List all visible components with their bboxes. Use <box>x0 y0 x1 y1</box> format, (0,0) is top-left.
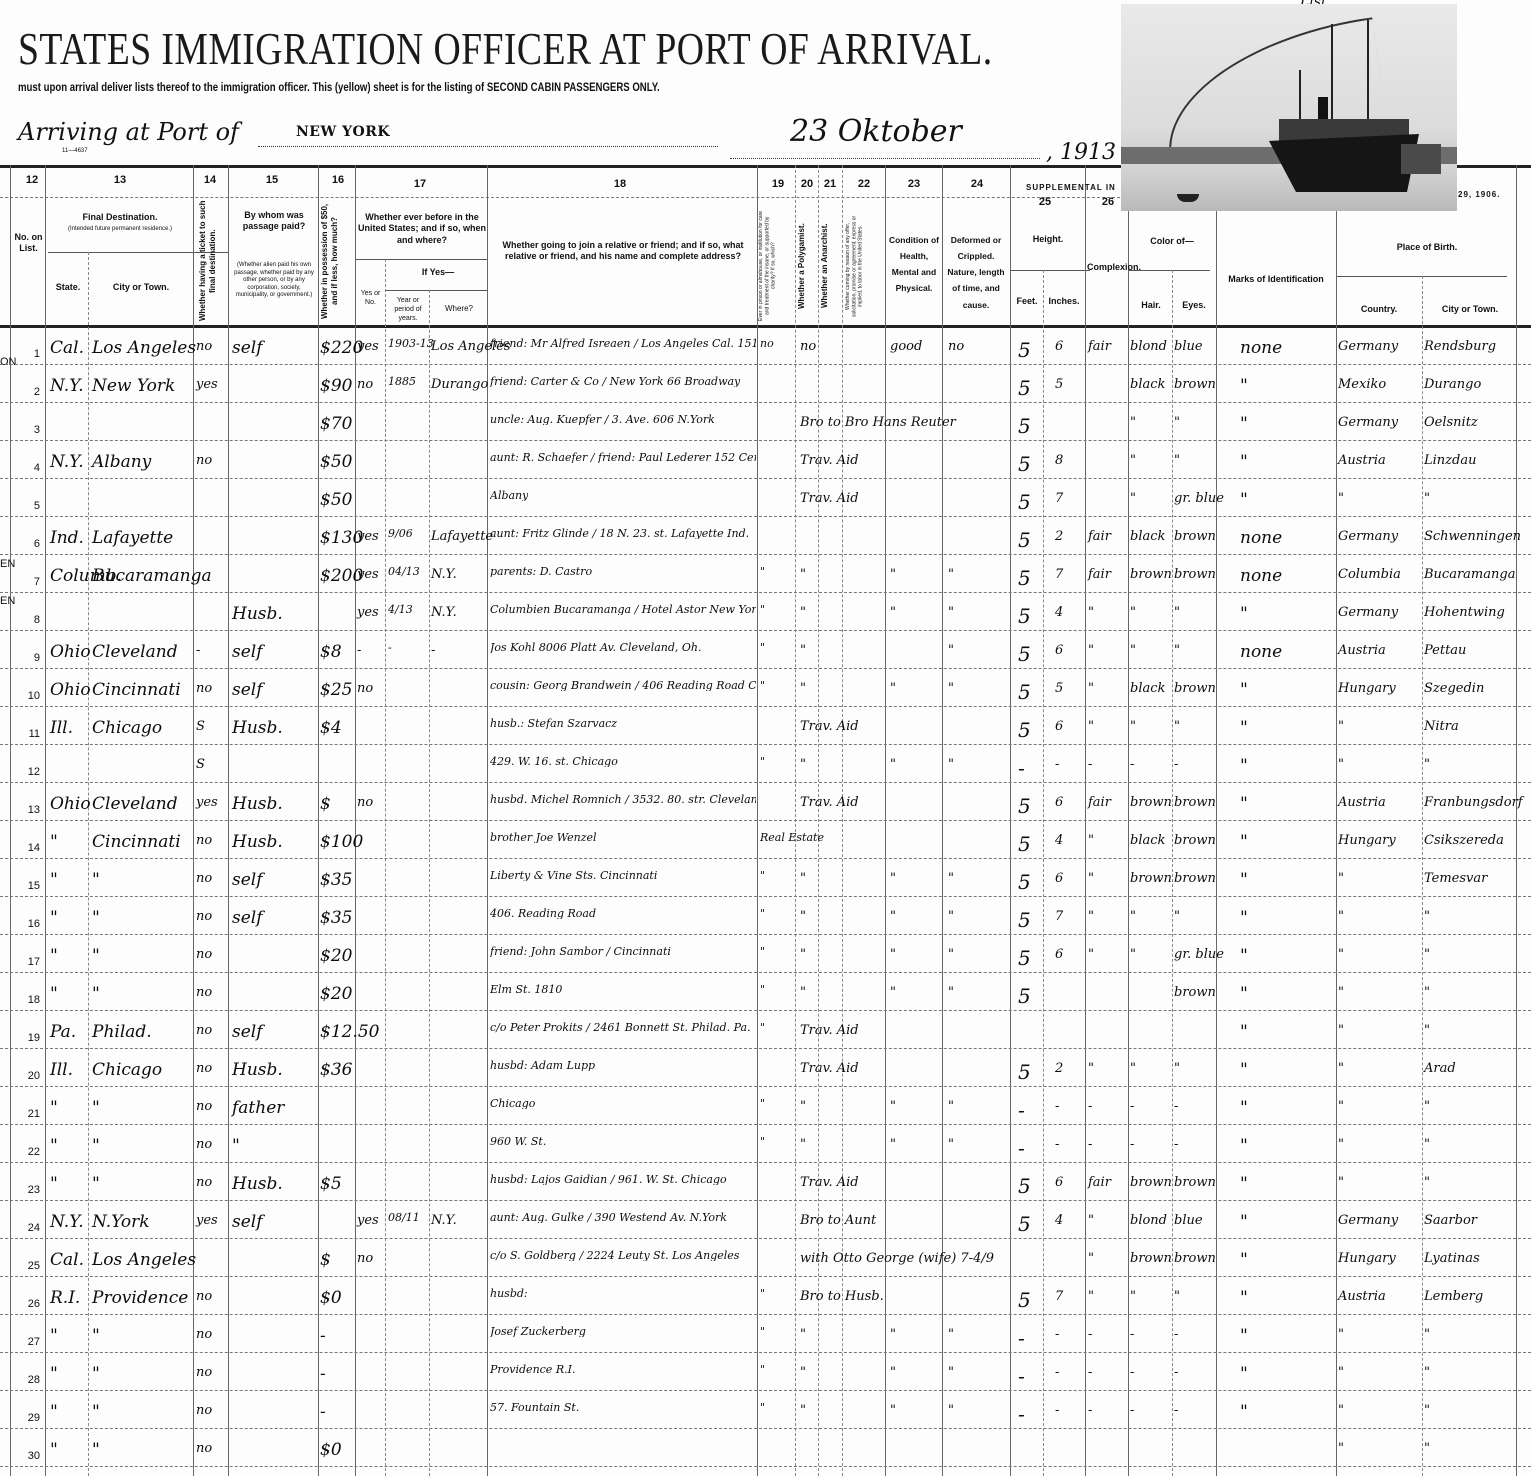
eyes-cell: " <box>1174 416 1180 429</box>
row-number: 5 <box>20 500 40 512</box>
money-cell: - <box>320 1366 326 1383</box>
hair-cell: " <box>1130 720 1136 733</box>
inches-header: Inches. <box>1044 296 1084 307</box>
birth-city-cell: " <box>1424 758 1430 771</box>
ticket-cell: no <box>196 454 212 467</box>
hair-cell: brown <box>1130 796 1172 809</box>
marks-cell: " <box>1240 758 1248 775</box>
money-cell: $50 <box>320 492 352 509</box>
eyes-cell: brown <box>1174 872 1216 885</box>
country-cell: Hungary <box>1338 834 1396 847</box>
birth-city-cell: Hohentwing <box>1424 606 1505 619</box>
where-cell: - <box>431 644 435 657</box>
colnum-22: 22 <box>852 178 876 190</box>
row-number: 12 <box>20 766 40 778</box>
row-number: 19 <box>20 1032 40 1044</box>
state-cell: " <box>50 1404 58 1421</box>
marks-cell: " <box>1240 1214 1248 1231</box>
colnum-26: 26 <box>1096 196 1120 208</box>
paid-by-cell: Husb. <box>232 606 283 623</box>
eyes-cell: " <box>1174 720 1180 733</box>
birth-city-cell: " <box>1424 986 1430 999</box>
ever-before-cell: no <box>357 378 373 391</box>
page-subtitle: must upon arrival deliver lists thereof … <box>18 80 660 94</box>
inches-cell: 2 <box>1055 1062 1063 1075</box>
city-cell: Cleveland <box>92 796 178 813</box>
feet-cell: 5 <box>1018 1062 1031 1082</box>
polygamist-cell: " <box>800 872 806 885</box>
prison-cell: " <box>760 908 765 919</box>
row-number: 18 <box>20 994 40 1006</box>
eyes-cell: - <box>1174 1404 1178 1417</box>
polygamist-cell: with Otto George (wife) 7-4/9 <box>800 1252 994 1265</box>
complexion-header: Complexion. <box>1087 262 1127 273</box>
city-cell: N.York <box>92 1214 150 1231</box>
birth-city-cell: Pettau <box>1424 644 1466 657</box>
hair-cell: black <box>1130 530 1165 543</box>
deformed-cell: " <box>948 758 954 771</box>
birth-city-cell: Oelsnitz <box>1424 416 1478 429</box>
row-rule <box>0 516 1531 517</box>
polygamist-cell: " <box>800 682 806 695</box>
colnum-12: 12 <box>22 174 42 186</box>
deformed-cell: " <box>948 1100 954 1113</box>
paid-by-cell: " <box>232 1138 240 1155</box>
row-number: 15 <box>20 880 40 892</box>
relative-cell: Chicago <box>490 1098 535 1109</box>
deformed-cell: " <box>948 606 954 619</box>
ticket-cell: no <box>196 682 212 695</box>
place-of-birth-header: Place of Birth. <box>1340 242 1514 253</box>
marks-cell: " <box>1240 1404 1248 1421</box>
hair-cell: " <box>1130 948 1136 961</box>
polygamist-cell: " <box>800 606 806 619</box>
city-cell: " <box>92 1138 100 1155</box>
row-rule <box>0 668 1531 669</box>
health-cell: " <box>890 986 896 999</box>
polygamist-cell: Bro to Husb. <box>800 1290 884 1303</box>
money-cell: $0 <box>320 1442 342 1459</box>
eyes-cell: - <box>1174 1366 1178 1379</box>
row-rule <box>0 440 1531 441</box>
complexion-cell: " <box>1088 910 1094 923</box>
ticket-cell: no <box>196 948 212 961</box>
polygamist-cell: " <box>800 1328 806 1341</box>
hair-cell: - <box>1130 1366 1134 1379</box>
photo-mast <box>1367 20 1369 124</box>
feet-cell: 5 <box>1018 530 1031 550</box>
complexion-cell: " <box>1088 872 1094 885</box>
hair-cell: blond <box>1130 340 1167 353</box>
colnum-23: 23 <box>902 178 926 190</box>
marks-cell: " <box>1240 1328 1248 1345</box>
inches-cell: 6 <box>1055 644 1063 657</box>
ever-before-header: Whether ever before in the United States… <box>358 212 486 246</box>
birth-city-cell: " <box>1424 1404 1430 1417</box>
colnum-20: 20 <box>799 178 815 190</box>
colnum-21: 21 <box>822 178 838 190</box>
ticket-cell: no <box>196 1328 212 1341</box>
row-rule <box>0 1086 1531 1087</box>
by-whom-header: By whom was passage paid? <box>234 210 314 233</box>
marks-cell: " <box>1240 492 1248 509</box>
state-cell: N.Y. <box>50 378 84 395</box>
photo-mast <box>1331 24 1333 124</box>
eyes-cell: brown <box>1174 1176 1216 1189</box>
polygamist-cell: " <box>800 948 806 961</box>
health-cell: " <box>890 758 896 771</box>
country-cell: " <box>1338 1138 1344 1151</box>
polygamist-cell: Bro to Aunt <box>800 1214 876 1227</box>
row-rule <box>0 934 1531 935</box>
city-header: City or Town. <box>90 282 192 293</box>
feet-cell: 5 <box>1018 948 1031 968</box>
city-cell: " <box>92 1442 100 1459</box>
marks-header: Marks of Identification <box>1218 274 1334 285</box>
row-number: 14 <box>20 842 40 854</box>
prison-cell: " <box>760 604 765 615</box>
condition-header: Condition of Health, Mental and Physical… <box>887 232 941 297</box>
city-cell: Los Angeles <box>92 1252 196 1269</box>
possession-header: Whether in possession of $50, and if les… <box>320 200 354 322</box>
row-rule <box>0 972 1531 973</box>
country-cell: Hungary <box>1338 1252 1396 1265</box>
deformed-cell: " <box>948 948 954 961</box>
colnum-14: 14 <box>200 174 220 186</box>
relative-cell: friend: Carter & Co / New York 66 Broadw… <box>490 376 740 387</box>
paid-by-cell: Husb. <box>232 834 283 851</box>
row-number: 23 <box>20 1184 40 1196</box>
row-number: 6 <box>20 538 40 550</box>
row-number: 20 <box>20 1070 40 1082</box>
country-cell: Austria <box>1338 454 1386 467</box>
color-of-header: Color of— <box>1130 236 1214 247</box>
eyes-cell: brown <box>1174 986 1216 999</box>
prison-cell: " <box>760 1288 765 1299</box>
row-number: 24 <box>20 1222 40 1234</box>
steamship-photo <box>1121 4 1457 211</box>
ticket-cell: yes <box>196 378 218 391</box>
row-number: 8 <box>20 614 40 626</box>
country-cell: " <box>1338 1024 1344 1037</box>
row-number: 1 <box>20 348 40 360</box>
relative-cell: Providence R.I. <box>490 1364 575 1375</box>
birth-city-cell: Lyatinas <box>1424 1252 1480 1265</box>
colnum-16: 16 <box>328 174 348 186</box>
hair-cell: " <box>1130 1290 1136 1303</box>
city-cell: Cleveland <box>92 644 178 661</box>
feet-cell: 5 <box>1018 910 1031 930</box>
inches-cell: 7 <box>1055 910 1063 923</box>
ticket-cell: no <box>196 1442 212 1455</box>
money-cell: $ <box>320 1252 331 1269</box>
inches-cell: 7 <box>1055 492 1063 505</box>
city-cell: " <box>92 1100 100 1117</box>
feet-cell: - <box>1018 1100 1025 1120</box>
relative-cell: Albany <box>490 490 528 501</box>
country-cell: " <box>1338 492 1344 505</box>
complexion-cell: " <box>1088 834 1094 847</box>
state-cell: Ind. <box>50 530 84 547</box>
paid-by-cell: self <box>232 644 263 661</box>
birth-city-cell: Szegedin <box>1424 682 1484 695</box>
relative-cell: aunt: R. Schaefer / friend: Paul Lederer… <box>490 452 756 463</box>
relative-cell: 406. Reading Road <box>490 908 596 919</box>
relative-cell: aunt: Fritz Glinde / 18 N. 23. st. Lafay… <box>490 528 749 539</box>
eyes-header: Eyes. <box>1173 300 1215 311</box>
relative-cell: c/o S. Goldberg / 2224 Leuty St. Los Ang… <box>490 1250 739 1261</box>
polygamist-cell: " <box>800 1366 806 1379</box>
polygamist-cell: Trav. Aid <box>800 1062 859 1075</box>
row-rule <box>0 706 1531 707</box>
ticket-cell: no <box>196 1138 212 1151</box>
prison-cell: no <box>760 338 774 349</box>
eyes-cell: gr. blue <box>1174 948 1224 961</box>
country-header: Country. <box>1338 304 1420 315</box>
hair-cell: - <box>1130 1138 1134 1151</box>
health-cell: " <box>890 948 896 961</box>
health-cell: " <box>890 910 896 923</box>
row-number: 29 <box>20 1412 40 1424</box>
where-header: Where? <box>432 304 486 314</box>
birth-city-cell: Bucaramanga <box>1424 568 1515 581</box>
birth-city-cell: Lemberg <box>1424 1290 1483 1303</box>
ever-before-cell: yes <box>357 606 379 619</box>
marks-cell: none <box>1240 568 1282 585</box>
birth-city-cell: " <box>1424 1024 1430 1037</box>
state-cell: Pa. <box>50 1024 76 1041</box>
hair-cell: " <box>1130 910 1136 923</box>
city-cell: New York <box>92 378 175 395</box>
margin-note: EN <box>0 595 15 607</box>
year-cell: 4/13 <box>388 604 413 615</box>
row-number: 25 <box>20 1260 40 1272</box>
relative-cell: friend: John Sambor / Cincinnati <box>490 946 671 957</box>
hair-cell: " <box>1130 492 1136 505</box>
ever-before-cell: no <box>357 796 373 809</box>
ticket-cell: no <box>196 1404 212 1417</box>
ticket-header: Whether having a ticket to such final de… <box>198 200 226 322</box>
money-cell: $ <box>320 796 331 813</box>
country-cell: " <box>1338 910 1344 923</box>
prison-cell: " <box>760 946 765 957</box>
inches-cell: - <box>1055 1404 1059 1417</box>
year-cell: 08/11 <box>388 1212 420 1223</box>
paid-by-cell: father <box>232 1100 284 1117</box>
paid-by-cell: self <box>232 682 263 699</box>
prison-cell: " <box>760 1098 765 1109</box>
prison-cell: " <box>760 984 765 995</box>
money-cell: $20 <box>320 986 352 1003</box>
deformed-cell: " <box>948 986 954 999</box>
complexion-cell: " <box>1088 1252 1094 1265</box>
feet-cell: 5 <box>1018 986 1031 1006</box>
marks-cell: none <box>1240 530 1282 547</box>
marks-cell: " <box>1240 872 1248 889</box>
row-number: 21 <box>20 1108 40 1120</box>
hair-cell: " <box>1130 416 1136 429</box>
form-number: 11—4637 <box>62 148 88 154</box>
city-cell: Cincinnati <box>92 682 181 699</box>
date-dotted-line <box>730 158 1040 159</box>
country-cell: Mexiko <box>1338 378 1386 391</box>
ever-before-cell: yes <box>357 530 379 543</box>
paid-by-cell: Husb. <box>232 1176 283 1193</box>
complexion-cell: fair <box>1088 568 1111 581</box>
eyes-cell: - <box>1174 1328 1178 1341</box>
row-number: 27 <box>20 1336 40 1348</box>
eyes-cell: blue <box>1174 1214 1203 1227</box>
birth-city-cell: " <box>1424 948 1430 961</box>
row-number: 7 <box>20 576 40 588</box>
marks-cell: " <box>1240 834 1248 851</box>
health-cell: " <box>890 568 896 581</box>
feet-cell: - <box>1018 1404 1025 1424</box>
ever-before-rule <box>355 259 487 260</box>
polygamist-cell: Trav. Aid <box>800 1024 859 1037</box>
relative-cell: aunt: Aug. Gulke / 390 Westend Av. N.Yor… <box>490 1212 727 1223</box>
polygamist-cell: Trav. Aid <box>800 720 859 733</box>
hair-cell: " <box>1130 606 1136 619</box>
money-cell: $50 <box>320 454 352 471</box>
country-cell: " <box>1338 1366 1344 1379</box>
eyes-cell: - <box>1174 758 1178 771</box>
ticket-cell: no <box>196 1290 212 1303</box>
ticket-cell: no <box>196 1366 212 1379</box>
state-cell: " <box>50 1328 58 1345</box>
row-rule <box>0 1200 1531 1201</box>
health-cell: " <box>890 1138 896 1151</box>
arrival-year: , 1913 <box>1046 140 1116 165</box>
complexion-cell: " <box>1088 720 1094 733</box>
money-cell: $25 <box>320 682 352 699</box>
state-cell: R.I. <box>50 1290 80 1307</box>
complexion-cell: fair <box>1088 340 1111 353</box>
prison-cell: " <box>760 1136 765 1147</box>
polygamist-cell: Bro to Bro Hans Reuter <box>800 416 956 429</box>
polygamist-cell: Trav. Aid <box>800 454 859 467</box>
inches-cell: 5 <box>1055 682 1063 695</box>
feet-cell: 5 <box>1018 834 1031 854</box>
manifest-page: List STATES IMMIGRATION OFFICER AT PORT … <box>0 0 1531 1476</box>
row-number: 30 <box>20 1450 40 1462</box>
photo-tug <box>1401 144 1441 174</box>
row-number: 17 <box>20 956 40 968</box>
marks-cell: " <box>1240 682 1248 699</box>
hair-cell: brown <box>1130 1252 1172 1265</box>
relative-cell: 960 W. St. <box>490 1136 546 1147</box>
inches-cell: 6 <box>1055 796 1063 809</box>
inches-cell: - <box>1055 1100 1059 1113</box>
margin-note: EN <box>0 558 15 570</box>
inches-cell: 4 <box>1055 1214 1063 1227</box>
prison-cell: " <box>760 1364 765 1375</box>
deformed-cell: " <box>948 1138 954 1151</box>
row-rule <box>0 478 1531 479</box>
complexion-cell: " <box>1088 606 1094 619</box>
row-rule <box>0 744 1531 745</box>
marks-cell: " <box>1240 416 1248 433</box>
state-cell: Cal. <box>50 1252 84 1269</box>
money-cell: $5 <box>320 1176 342 1193</box>
row-rule <box>0 1352 1531 1353</box>
ever-before-cell: yes <box>357 340 379 353</box>
birth-city-cell: Csikszereda <box>1424 834 1504 847</box>
state-cell: Ohio <box>50 644 91 661</box>
feet-cell: 5 <box>1018 1176 1031 1196</box>
col-border <box>385 259 386 1476</box>
row-number: 2 <box>20 386 40 398</box>
inches-cell: 8 <box>1055 454 1063 467</box>
country-cell: Germany <box>1338 606 1398 619</box>
country-cell: Germany <box>1338 530 1398 543</box>
city-cell: Providence <box>92 1290 188 1307</box>
labor-contract-header: Whether coming by reason of any offer, s… <box>845 210 883 322</box>
feet-cell: 5 <box>1018 378 1031 398</box>
colnum-19: 19 <box>768 178 788 190</box>
country-cell: Austria <box>1338 1290 1386 1303</box>
colnum-18: 18 <box>610 178 630 190</box>
relative-cell: brother Joe Wenzel <box>490 832 597 843</box>
feet-cell: - <box>1018 1366 1025 1386</box>
colnum-17: 17 <box>410 178 430 190</box>
prison-cell: " <box>760 756 765 767</box>
birth-city-cell: Rendsburg <box>1424 340 1496 353</box>
feet-header: Feet. <box>1011 296 1043 307</box>
year-period-header: Year or period of years. <box>387 297 429 323</box>
country-cell: Hungary <box>1338 682 1396 695</box>
country-cell: " <box>1338 1328 1344 1341</box>
money-cell: $12.50 <box>320 1024 379 1041</box>
supplemental-label: SUPPLEMENTAL IN <box>1026 183 1116 192</box>
photo-hull <box>1269 134 1419 192</box>
where-cell: N.Y. <box>431 606 457 619</box>
paid-by-cell: self <box>232 340 263 357</box>
country-cell: " <box>1338 948 1344 961</box>
ticket-cell: no <box>196 986 212 999</box>
marks-cell: " <box>1240 1100 1248 1117</box>
complexion-cell: fair <box>1088 796 1111 809</box>
relative-cell: uncle: Aug. Kuepfer / 3. Ave. 606 N.York <box>490 414 715 425</box>
marks-cell: " <box>1240 606 1248 623</box>
row-number: 13 <box>20 804 40 816</box>
prison-cell: Real Estate <box>760 832 824 843</box>
row-rule <box>0 402 1531 403</box>
birth-city-cell: " <box>1424 492 1430 505</box>
inches-cell: - <box>1055 1328 1059 1341</box>
inches-cell: 6 <box>1055 1176 1063 1189</box>
row-rule <box>0 1010 1531 1011</box>
paid-by-cell: self <box>232 1214 263 1231</box>
row-rule <box>0 1124 1531 1125</box>
col-border <box>88 252 89 1476</box>
deformed-cell: " <box>948 910 954 923</box>
feet-cell: 5 <box>1018 416 1031 436</box>
final-destination-header: Final Destination. <box>50 212 190 223</box>
prison-cell: " <box>760 680 765 691</box>
city-cell: Los Angeles <box>92 340 196 357</box>
city-cell: " <box>92 1404 100 1421</box>
page-title: STATES IMMIGRATION OFFICER AT PORT OF AR… <box>18 22 993 75</box>
row-rule <box>0 1428 1531 1429</box>
eyes-cell: blue <box>1174 340 1203 353</box>
where-cell: Durango <box>431 378 488 391</box>
deformed-cell: " <box>948 682 954 695</box>
state-cell: Cal. <box>50 340 84 357</box>
country-cell: " <box>1338 1062 1344 1075</box>
year-cell: - <box>388 642 392 653</box>
ticket-cell: no <box>196 1100 212 1113</box>
